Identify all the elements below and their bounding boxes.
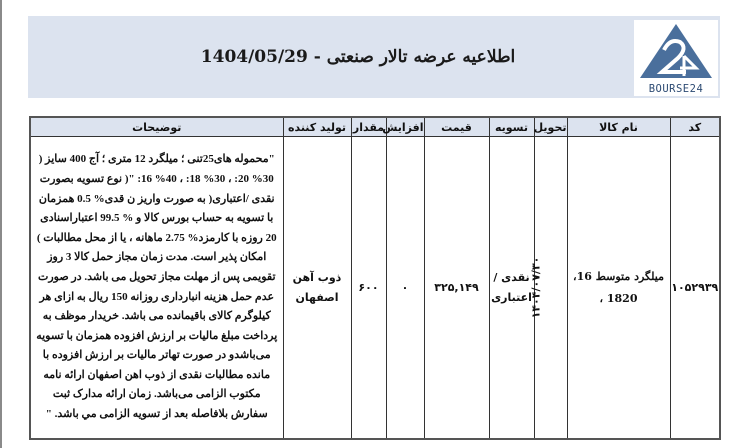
producer-line2: اصفهان xyxy=(284,288,351,308)
column-header-producer: تولید کننده xyxy=(283,117,351,137)
delivery-date: ۱۴۰۴/۰۷/۳۰ xyxy=(529,257,542,319)
column-header-description: توضیحات xyxy=(30,117,283,137)
column-header-delivery: تحویل xyxy=(534,117,567,137)
product-name-line2: 1820 ، xyxy=(568,288,670,310)
cell-producer: ذوب آهن اصفهان xyxy=(283,137,351,440)
column-header-increase: افزایش xyxy=(386,117,424,137)
settlement-line1: نقدی / xyxy=(490,268,534,288)
product-name-line1: میلگرد متوسط 16، xyxy=(568,266,670,288)
settlement-line2: اعتباری xyxy=(490,288,534,308)
offer-table: کد نام کالا تحویل تسویه قیمت افزایش مقدا… xyxy=(29,116,721,440)
table-header-row: کد نام کالا تحویل تسویه قیمت افزایش مقدا… xyxy=(30,117,720,137)
bourse24-logo: BOURSE24 xyxy=(634,20,718,96)
column-header-code: کد xyxy=(670,117,720,137)
header-banner: اطلاعیه عرضه تالار صنعتی - 1404/05/29 BO… xyxy=(28,16,720,98)
column-header-price: قیمت xyxy=(424,117,489,137)
cell-description: "محموله های25تنی ؛ میلگرد 12 متری ؛ آج 4… xyxy=(30,137,283,440)
producer-line1: ذوب آهن xyxy=(284,268,351,288)
cell-price: ۳۲۵,۱۴۹ xyxy=(424,137,489,440)
cell-code: ۱۰۵۲۹۳۹ xyxy=(670,137,720,440)
cell-delivery: ۱۴۰۴/۰۷/۳۰ xyxy=(534,137,567,440)
cell-product-name: میلگرد متوسط 16، 1820 ، xyxy=(567,137,670,440)
column-header-quantity: مقدار xyxy=(351,117,386,137)
column-header-settlement: تسویه xyxy=(489,117,534,137)
bourse24-logo-icon: BOURSE24 xyxy=(634,20,718,96)
cell-increase: ۰ xyxy=(386,137,424,440)
column-header-product-name: نام کالا xyxy=(567,117,670,137)
cell-quantity: ۶۰۰ xyxy=(351,137,386,440)
svg-text:BOURSE24: BOURSE24 xyxy=(649,83,704,95)
table-row: ۱۰۵۲۹۳۹ میلگرد متوسط 16، 1820 ، ۱۴۰۴/۰۷/… xyxy=(30,137,720,440)
cell-settlement: نقدی / اعتباری xyxy=(489,137,534,440)
page-title: اطلاعیه عرضه تالار صنعتی - 1404/05/29 xyxy=(148,16,568,98)
